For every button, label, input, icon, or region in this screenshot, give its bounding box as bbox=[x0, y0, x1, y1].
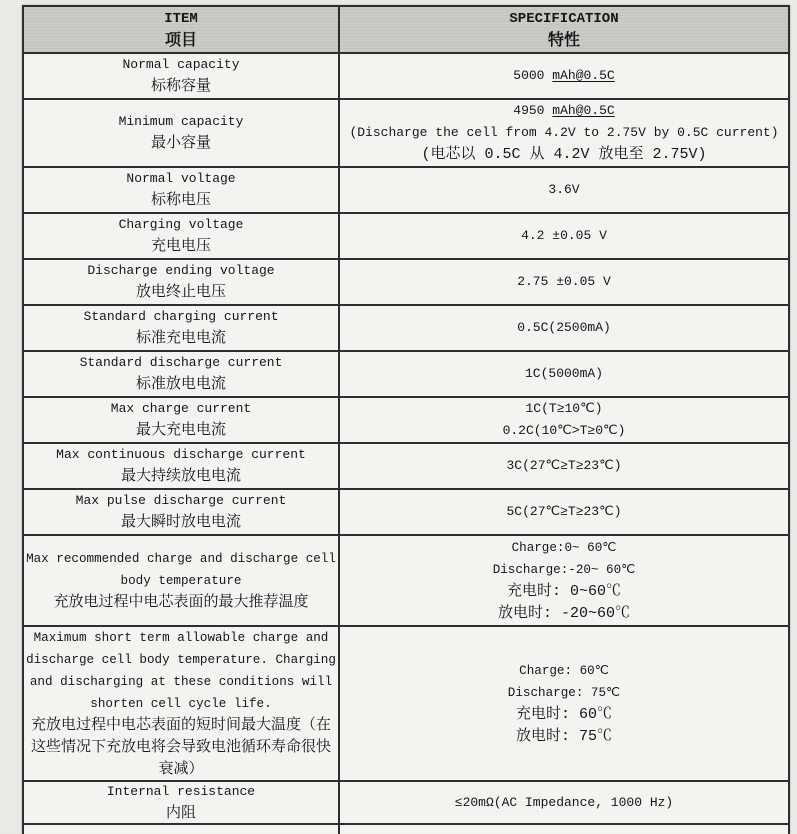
item-name-zh: 最大充电电流 bbox=[136, 420, 226, 442]
item-name-zh: 最小容量 bbox=[151, 133, 211, 155]
battery-specification-table: ITEM 项目 SPECIFICATION 特性 Normal capacity… bbox=[22, 5, 790, 834]
spec-cell: 1C(T≥10℃) 0.2C(10℃>T≥0℃) bbox=[340, 398, 788, 442]
item-name-zh: 充放电过程中电芯表面的短时间最大温度（在 bbox=[31, 715, 331, 737]
item-header-cell: ITEM 项目 bbox=[24, 7, 340, 52]
spec-cell: 5C(27℃≥T≥23℃) bbox=[340, 490, 788, 534]
table-row-charging-voltage: Charging voltage 充电电压 4.2 ±0.05 V bbox=[24, 214, 788, 260]
item-cell: Max continuous discharge current 最大持续放电电… bbox=[24, 444, 340, 488]
item-cell: Max pulse discharge current 最大瞬时放电电流 bbox=[24, 490, 340, 534]
spec-cell: ≤20mΩ(AC Impedance, 1000 Hz) bbox=[340, 782, 788, 823]
spec-header-zh: 特性 bbox=[548, 30, 580, 52]
spec-value: 5000 mAh@0.5C bbox=[513, 65, 614, 87]
spec-cell: 1C(5000mA) bbox=[340, 352, 788, 396]
item-name-en: shorten cell cycle life. bbox=[90, 693, 271, 715]
item-name-zh: 标准放电电流 bbox=[136, 374, 226, 396]
item-name-en: and discharging at these conditions will bbox=[30, 671, 332, 693]
spec-value-prefix: 4950 bbox=[513, 103, 552, 118]
spec-value: 4950 mAh@0.5C bbox=[513, 100, 614, 122]
spec-value: Charge: 60℃ bbox=[519, 660, 609, 682]
table-row-minimum-capacity: Minimum capacity 最小容量 4950 mAh@0.5C (Dis… bbox=[24, 100, 788, 168]
spec-cell bbox=[340, 825, 788, 834]
spec-value: 3C(27℃≥T≥23℃) bbox=[506, 455, 621, 477]
table-row-discharge-ending-voltage: Discharge ending voltage 放电终止电压 2.75 ±0.… bbox=[24, 260, 788, 306]
spec-value-zh: 放电时: -20~60℃ bbox=[498, 603, 630, 625]
item-header-en: ITEM bbox=[164, 8, 198, 30]
spec-value: 0.5C(2500mA) bbox=[517, 317, 611, 339]
item-cell: Standard charging current 标准充电电流 bbox=[24, 306, 340, 350]
spec-value-underlined: mAh@0.5C bbox=[552, 103, 614, 118]
table-header-row: ITEM 项目 SPECIFICATION 特性 bbox=[24, 7, 788, 54]
item-header-zh: 项目 bbox=[165, 30, 197, 52]
item-name-en: Minimum capacity bbox=[119, 111, 244, 133]
spec-value-prefix: 5000 bbox=[513, 68, 552, 83]
item-name-en: Max recommended charge and discharge cel… bbox=[26, 548, 336, 570]
spec-value-zh: 放电时: 75℃ bbox=[516, 726, 612, 748]
spec-value: ≤20mΩ(AC Impedance, 1000 Hz) bbox=[455, 792, 673, 814]
spec-value: 0.2C(10℃>T≥0℃) bbox=[503, 420, 626, 442]
spec-value-zh: 充电时: 60℃ bbox=[516, 704, 612, 726]
item-name-en: Discharge ending voltage bbox=[87, 260, 274, 282]
table-row-standard-discharge-current: Standard discharge current 标准放电电流 1C(500… bbox=[24, 352, 788, 398]
spec-cell: Charge:0~ 60℃ Discharge:-20~ 60℃ 充电时: 0~… bbox=[340, 536, 788, 625]
item-name-zh: 最大持续放电电流 bbox=[121, 466, 241, 488]
item-name-zh: 标称容量 bbox=[151, 76, 211, 98]
scanned-spec-sheet-page: ITEM 项目 SPECIFICATION 特性 Normal capacity… bbox=[0, 0, 797, 834]
item-name-zh: 充放电过程中电芯表面的最大推荐温度 bbox=[53, 592, 308, 614]
item-name-zh: 标准充电电流 bbox=[136, 328, 226, 350]
spec-cell: 4950 mAh@0.5C (Discharge the cell from 4… bbox=[340, 100, 788, 166]
spec-note-en: (Discharge the cell from 4.2V to 2.75V b… bbox=[349, 122, 778, 144]
table-row-max-recommended-temperature: Max recommended charge and discharge cel… bbox=[24, 536, 788, 627]
item-name-en: Max charge current bbox=[111, 398, 251, 420]
item-name-zh: 这些情况下充放电将会导致电池循环寿命很快 bbox=[31, 737, 331, 759]
spec-cell: 0.5C(2500mA) bbox=[340, 306, 788, 350]
spec-value: 5C(27℃≥T≥23℃) bbox=[506, 501, 621, 523]
item-name-zh: 标称电压 bbox=[151, 190, 211, 212]
item-name-en: discharge cell body temperature. Chargin… bbox=[26, 649, 336, 671]
item-name-en: Normal voltage bbox=[126, 168, 235, 190]
table-row-normal-capacity: Normal capacity 标称容量 5000 mAh@0.5C bbox=[24, 54, 788, 100]
item-cell: Max charge current 最大充电电流 bbox=[24, 398, 340, 442]
spec-value-underlined: mAh@0.5C bbox=[552, 68, 614, 83]
spec-value: 4.2 ±0.05 V bbox=[521, 225, 607, 247]
table-row-max-pulse-discharge-current: Max pulse discharge current 最大瞬时放电电流 5C(… bbox=[24, 490, 788, 536]
item-name-en: Standard charging current bbox=[83, 306, 278, 328]
table-row-max-continuous-discharge-current: Max continuous discharge current 最大持续放电电… bbox=[24, 444, 788, 490]
item-name-en: Maximum short term allowable charge and bbox=[34, 627, 329, 649]
spec-cell: 5000 mAh@0.5C bbox=[340, 54, 788, 98]
spec-value-zh: 充电时: 0~60℃ bbox=[507, 581, 621, 603]
item-cell: Normal capacity 标称容量 bbox=[24, 54, 340, 98]
spec-header-cell: SPECIFICATION 特性 bbox=[340, 7, 788, 52]
table-row-normal-voltage: Normal voltage 标称电压 3.6V bbox=[24, 168, 788, 214]
spec-value: Charge:0~ 60℃ bbox=[512, 537, 617, 559]
item-cell: Normal voltage 标称电压 bbox=[24, 168, 340, 212]
spec-value: 1C(T≥10℃) bbox=[525, 398, 602, 420]
table-row-standard-charging-current: Standard charging current 标准充电电流 0.5C(25… bbox=[24, 306, 788, 352]
item-name-en: Max pulse discharge current bbox=[76, 490, 287, 512]
item-name-zh: 充电电压 bbox=[151, 236, 211, 258]
item-name-zh: 放电终止电压 bbox=[136, 282, 226, 304]
spec-cell: 3C(27℃≥T≥23℃) bbox=[340, 444, 788, 488]
spec-header-en: SPECIFICATION bbox=[509, 8, 618, 30]
spec-note-zh: (电芯以 0.5C 从 4.2V 放电至 2.75V) bbox=[421, 144, 706, 166]
item-cell: Internal resistance 内阻 bbox=[24, 782, 340, 823]
spec-cell: 3.6V bbox=[340, 168, 788, 212]
item-name-en: Normal capacity bbox=[122, 54, 239, 76]
table-row-internal-resistance: Internal resistance 内阻 ≤20mΩ(AC Impedanc… bbox=[24, 782, 788, 825]
item-cell: Charging voltage 充电电压 bbox=[24, 214, 340, 258]
item-name-en: Charging voltage bbox=[119, 214, 244, 236]
spec-value: Discharge: 75℃ bbox=[508, 682, 620, 704]
item-cell: Maximum short term allowable charge and … bbox=[24, 627, 340, 780]
table-row-max-charge-current: Max charge current 最大充电电流 1C(T≥10℃) 0.2C… bbox=[24, 398, 788, 444]
item-cell: Minimum capacity 最小容量 bbox=[24, 100, 340, 166]
item-name-zh: 内阻 bbox=[166, 803, 196, 824]
table-row-partial bbox=[24, 825, 788, 834]
spec-value: 3.6V bbox=[548, 179, 579, 201]
item-cell bbox=[24, 825, 340, 834]
table-row-max-short-term-temperature: Maximum short term allowable charge and … bbox=[24, 627, 788, 782]
spec-value: 2.75 ±0.05 V bbox=[517, 271, 611, 293]
item-name-zh: 最大瞬时放电电流 bbox=[121, 512, 241, 534]
item-name-en: body temperature bbox=[121, 570, 242, 592]
item-cell: Max recommended charge and discharge cel… bbox=[24, 536, 340, 625]
item-name-en: Max continuous discharge current bbox=[56, 444, 306, 466]
spec-cell: Charge: 60℃ Discharge: 75℃ 充电时: 60℃ 放电时:… bbox=[340, 627, 788, 780]
item-name-en: Internal resistance bbox=[107, 782, 255, 803]
item-name-en: Standard discharge current bbox=[80, 352, 283, 374]
spec-value: Discharge:-20~ 60℃ bbox=[493, 559, 636, 581]
spec-value: 1C(5000mA) bbox=[525, 363, 603, 385]
spec-cell: 4.2 ±0.05 V bbox=[340, 214, 788, 258]
item-cell: Discharge ending voltage 放电终止电压 bbox=[24, 260, 340, 304]
item-name-zh: 衰减） bbox=[158, 759, 203, 781]
item-cell: Standard discharge current 标准放电电流 bbox=[24, 352, 340, 396]
spec-cell: 2.75 ±0.05 V bbox=[340, 260, 788, 304]
